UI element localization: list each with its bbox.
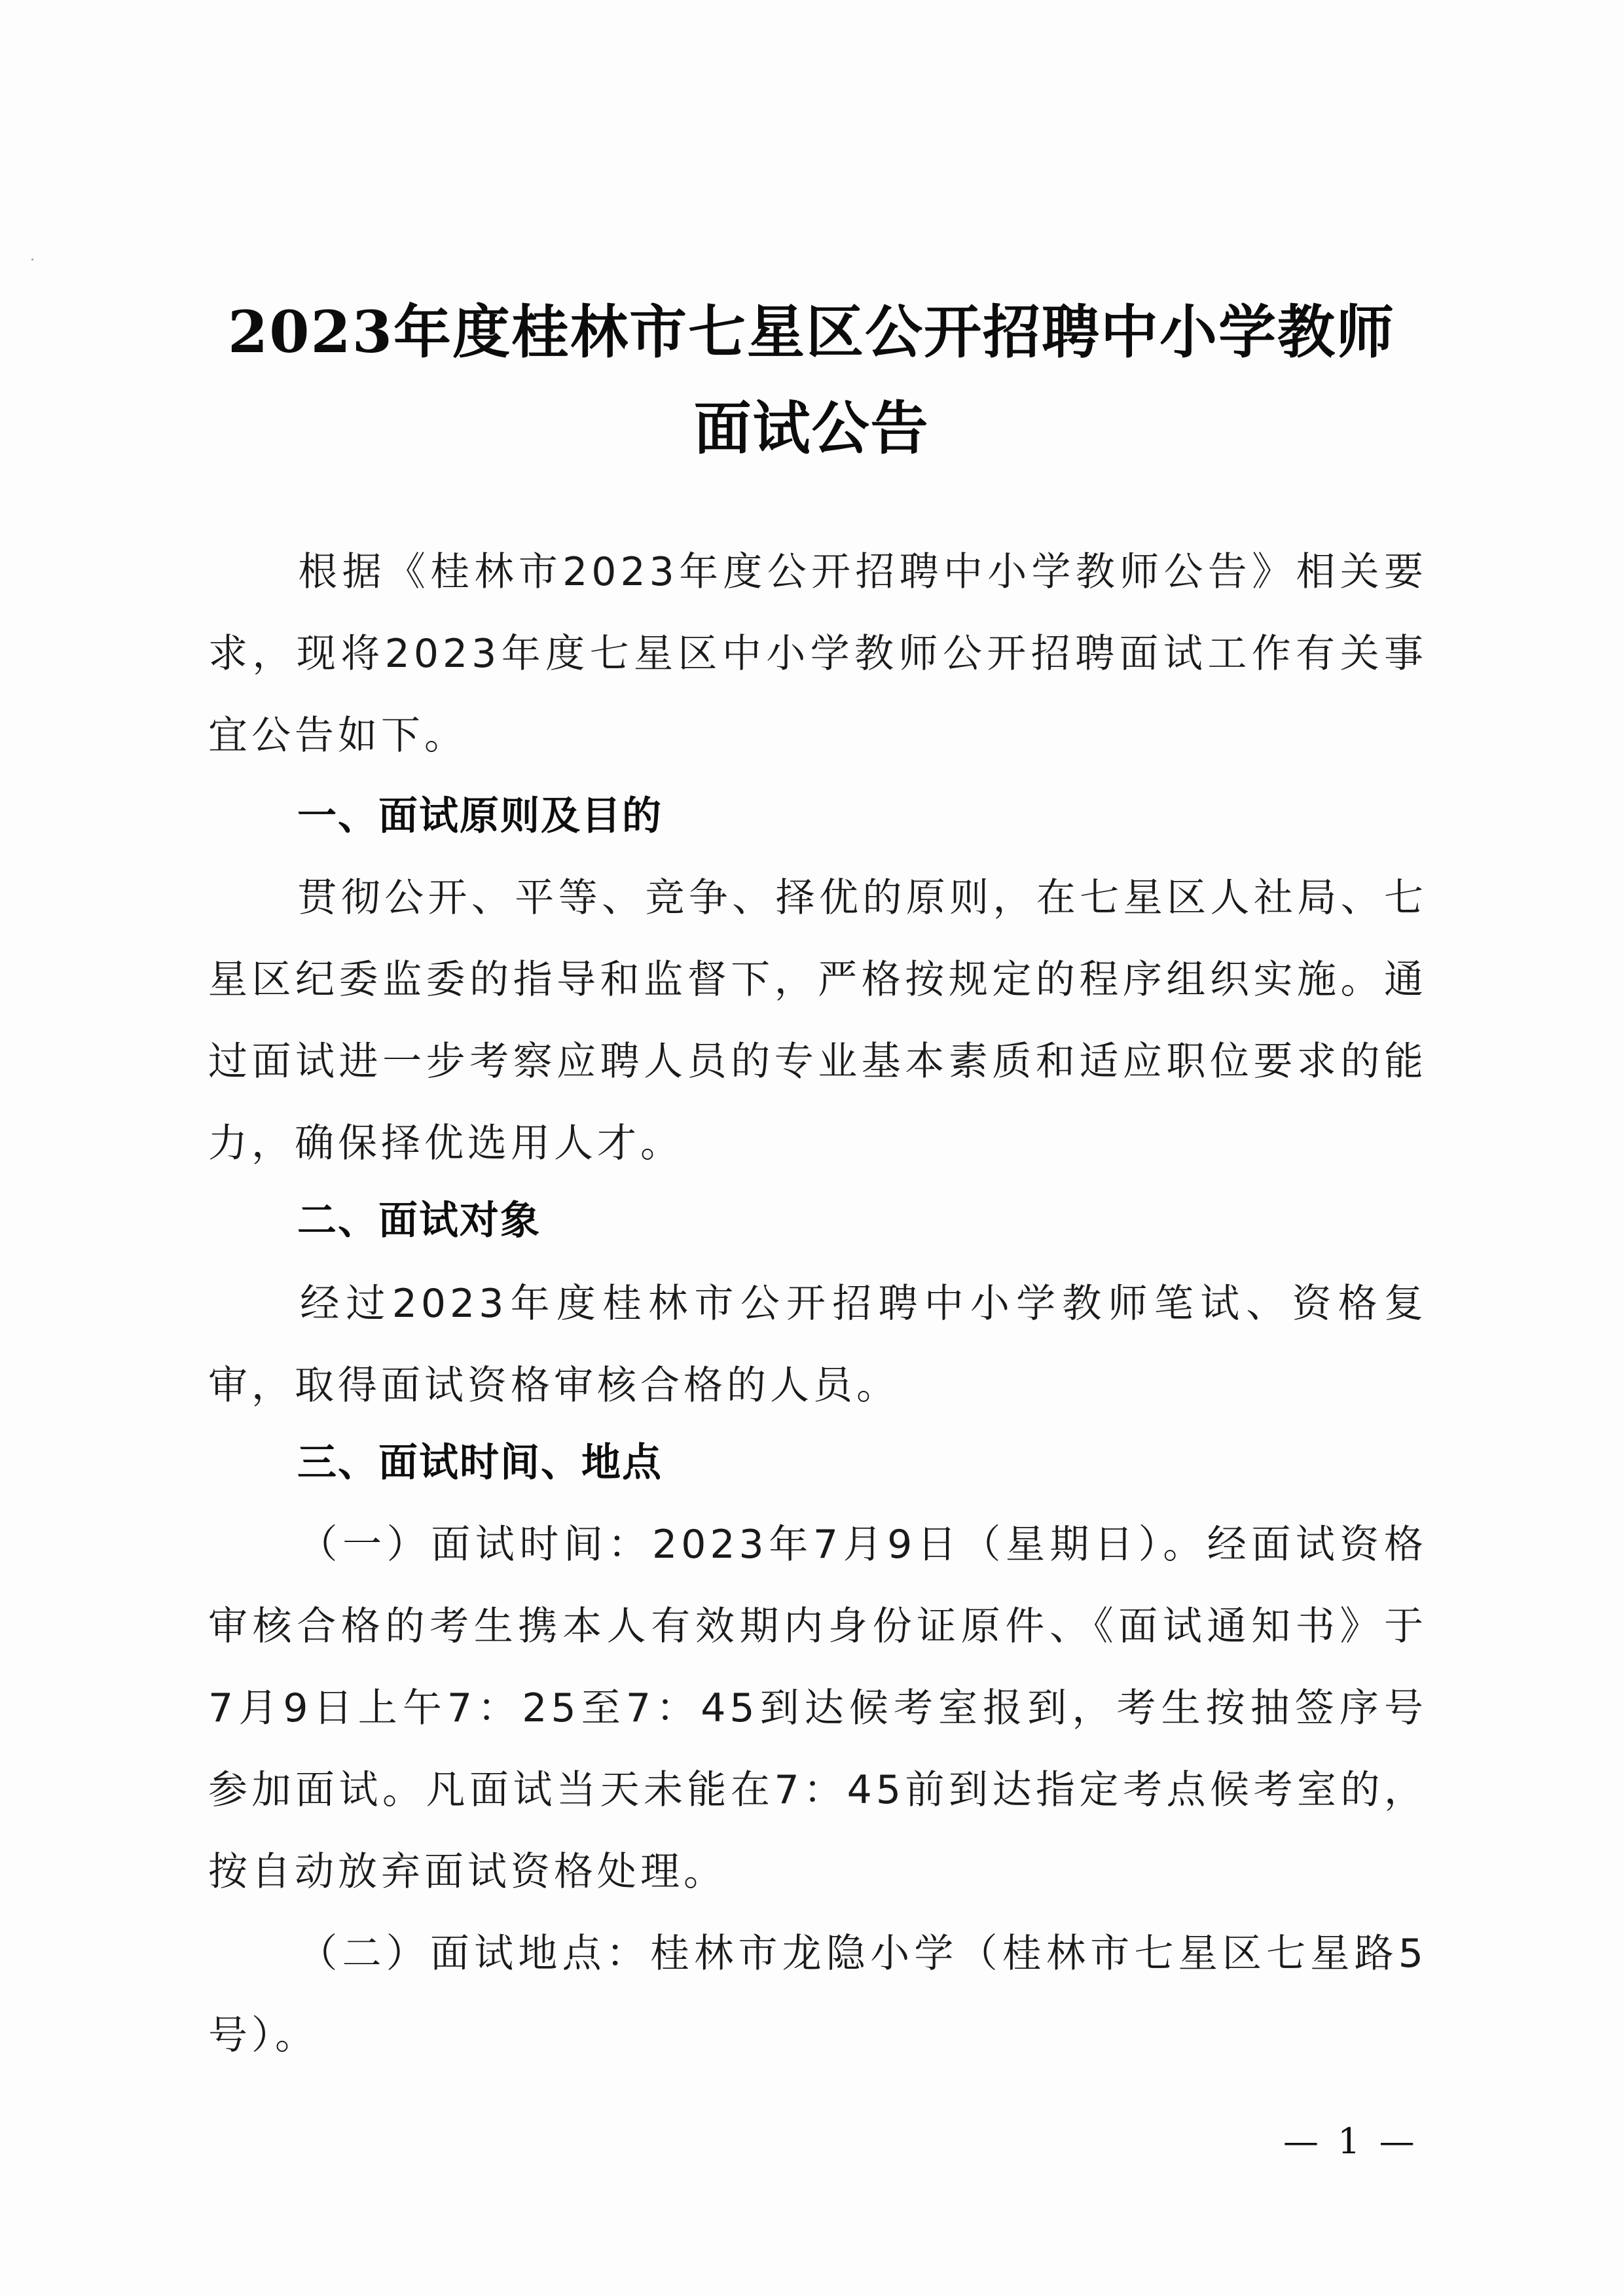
section-2-text: 经过2023年度桂林市公开招聘中小学教师笔试、资格复审，取得面试资格审核合格的人… (208, 1281, 1427, 1408)
section-2-paragraph: 经过2023年度桂林市公开招聘中小学教师笔试、资格复审，取得面试资格审核合格的人… (208, 1263, 1427, 1427)
section-1-text: 贯彻公开、平等、竞争、择优的原则，在七星区人社局、七星区纪委监委的指导和监督下，… (208, 875, 1427, 1166)
section-1-paragraph: 贯彻公开、平等、竞争、择优的原则，在七星区人社局、七星区纪委监委的指导和监督下，… (208, 857, 1427, 1185)
section-1-heading: 一、面试原则及目的 (297, 790, 663, 842)
section-2-heading: 二、面试对象 (297, 1194, 541, 1247)
document-title-line-2: 面试公告 (0, 383, 1623, 465)
section-3-heading: 三、面试时间、地点 (297, 1437, 663, 1489)
document-page: 2023年度桂林市七星区公开招聘中小学教师 面试公告 根据《桂林市2023年度公… (0, 0, 1623, 2296)
page-number: — 1 — (1283, 2121, 1419, 2162)
scan-speck (31, 259, 33, 260)
section-3-text-1: （一）面试时间：2023年7月9日（星期日）。经面试资格审核合格的考生携本人有效… (208, 1522, 1427, 1895)
document-title-line-1: 2023年度桂林市七星区公开招聘中小学教师 (0, 287, 1623, 369)
section-3-text-2: （二）面试地点：桂林市龙隐小学（桂林市七星区七星路5号）。 (208, 1931, 1427, 2058)
intro-paragraph: 根据《桂林市2023年度公开招聘中小学教师公告》相关要求，现将2023年度七星区… (208, 531, 1427, 777)
intro-text: 根据《桂林市2023年度公开招聘中小学教师公告》相关要求，现将2023年度七星区… (208, 549, 1427, 759)
section-3-paragraph-2: （二）面试地点：桂林市龙隐小学（桂林市七星区七星路5号）。 (208, 1913, 1427, 2077)
section-3-paragraph-1: （一）面试时间：2023年7月9日（星期日）。经面试资格审核合格的考生携本人有效… (208, 1504, 1427, 1913)
